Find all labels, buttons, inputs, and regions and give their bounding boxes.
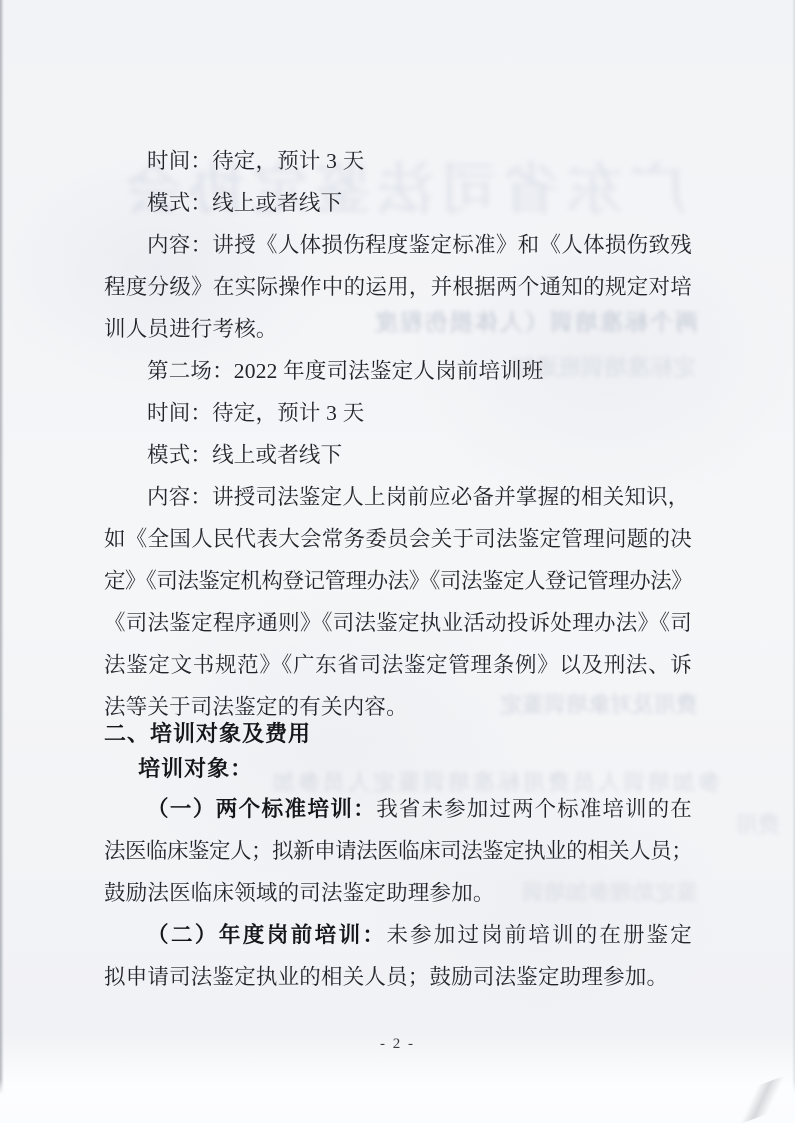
bold-item-label: （二）年度岗前培训： <box>147 923 387 947</box>
bleedthrough-ghost-line: 费用 <box>700 808 780 839</box>
page-bottom-light-band <box>0 1079 795 1123</box>
text-line: 模式：线上或者线下 <box>104 182 692 224</box>
text-line: 定》《司法鉴定机构登记管理办法》《司法鉴定人登记管理办法》 <box>104 560 692 602</box>
text-line: 时间：待定，预计 3 天 <box>104 140 692 182</box>
text-line: 法医临床鉴定人；拟新申请法医临床司法鉴定执业的相关人员； <box>104 830 692 872</box>
text-line: 内容：讲授司法鉴定人上岗前应必备并掌握的相关知识， <box>104 476 692 518</box>
page-number: - 2 - <box>0 1036 795 1053</box>
text-line: 程度分级》在实际操作中的运用，并根据两个通知的规定对培 <box>104 266 692 308</box>
text-line: 《司法鉴定程序通则》《司法鉴定执业活动投诉处理办法》《司 <box>104 602 692 644</box>
text-line: 时间：待定，预计 3 天 <box>104 392 692 434</box>
text-line: 训人员进行考核。 <box>104 308 692 350</box>
text-line: 内容：讲授《人体损伤程度鉴定标准》和《人体损伤致残 <box>104 224 692 266</box>
page-left-edge-shadow <box>0 0 4 1123</box>
document-body: 时间：待定，预计 3 天 模式：线上或者线下 内容：讲授《人体损伤程度鉴定标准》… <box>104 140 692 998</box>
scanned-document-page: 广东省司法鉴定协会 两个标准培训（人体损伤程度 定标准培训班通知 费用及对象培训… <box>0 0 795 1123</box>
text-line: 拟申请司法鉴定执业的相关人员；鼓励司法鉴定助理参加。 <box>104 956 692 998</box>
text-line: （二）年度岗前培训：未参加过岗前培训的在册鉴定人； <box>104 914 692 956</box>
text-line: 鼓励法医临床领域的司法鉴定助理参加。 <box>104 872 692 914</box>
text-line: 法鉴定文书规范》《广东省司法鉴定管理条例》以及刑法、诉讼 <box>104 644 692 686</box>
text-line: 模式：线上或者线下 <box>104 434 692 476</box>
text-line: 第二场：2022 年度司法鉴定人岗前培训班 <box>104 350 692 392</box>
subsection-label: 培训对象： <box>104 750 692 788</box>
text-line: 如《全国人民代表大会常务委员会关于司法鉴定管理问题的决 <box>104 518 692 560</box>
text-line: （一）两个标准培训：我省未参加过两个标准培训的在册 <box>104 788 692 830</box>
bold-item-label: （一）两个标准培训： <box>147 797 376 821</box>
